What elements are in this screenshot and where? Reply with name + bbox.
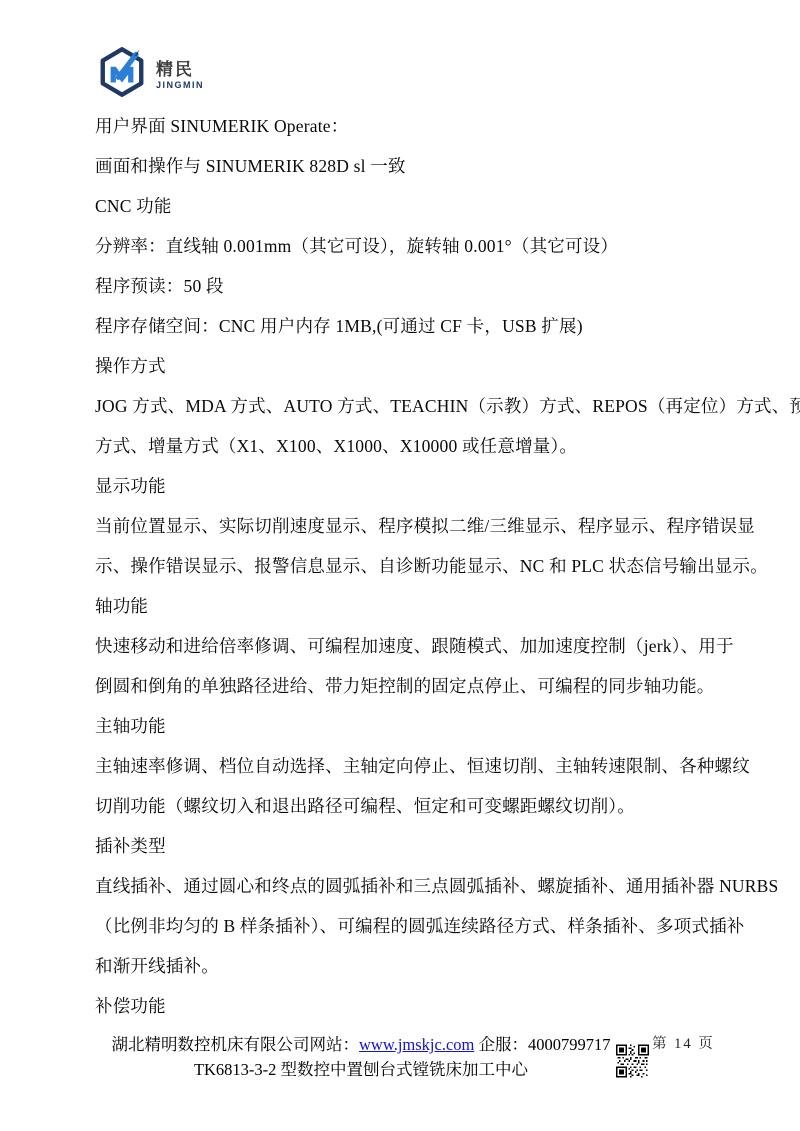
body-line: 用户界面 SINUMERIK Operate： (95, 106, 720, 146)
logo-name-en: JINGMIN (156, 81, 204, 90)
qr-code-icon (616, 1044, 649, 1078)
body-line: 画面和操作与 SINUMERIK 828D sl 一致 (95, 146, 720, 186)
body-line: 切削功能（螺纹切入和退出路径可编程、恒定和可变螺距螺纹切削）。 (95, 786, 720, 826)
body-line: 和渐开线插补。 (95, 946, 720, 986)
body-line: 当前位置显示、实际切削速度显示、程序模拟二维/三维显示、程序显示、程序错误显 (95, 506, 720, 546)
body-line: 分辨率：直线轴 0.001mm（其它可设），旋转轴 0.001°（其它可设） (95, 226, 720, 266)
company-logo: 精民 JINGMIN (94, 44, 204, 100)
body-line: 补偿功能 (95, 986, 720, 1026)
footer-service-text: 企服：4000799717 (474, 1035, 610, 1054)
body-line: 显示功能 (95, 466, 720, 506)
body-line: 操作方式 (95, 346, 720, 386)
body-line: 程序预读：50 段 (95, 266, 720, 306)
body-line: 倒圆和倒角的单独路径进给、带力矩控制的固定点停止、可编程的同步轴功能。 (95, 666, 720, 706)
body-line: 插补类型 (95, 826, 720, 866)
footer-machine-line: TK6813-3-2 型数控中置刨台式镗铣床加工中心 (95, 1057, 627, 1082)
body-line: 轴功能 (95, 586, 720, 626)
body-line: 方式、增量方式（X1、X100、X1000、X10000 或任意增量）。 (95, 426, 720, 466)
website-link[interactable]: www.jmskjc.com (359, 1035, 474, 1054)
footer-company-text: 湖北精明数控机床有限公司网站： (112, 1035, 360, 1054)
body-line: 主轴功能 (95, 706, 720, 746)
body-line: JOG 方式、MDA 方式、AUTO 方式、TEACHIN（示教）方式、REPO… (95, 386, 720, 426)
page-footer: 湖北精明数控机床有限公司网站：www.jmskjc.com 企服：4000799… (95, 1032, 627, 1082)
document-page: 精民 JINGMIN 用户界面 SINUMERIK Operate：画面和操作与… (0, 0, 800, 1131)
body-line: （比例非均匀的 B 样条插补）、可编程的圆弧连续路径方式、样条插补、多项式插补 (95, 906, 720, 946)
logo-text: 精民 JINGMIN (156, 61, 204, 90)
logo-name-cn: 精民 (156, 61, 204, 78)
body-line: 主轴速率修调、档位自动选择、主轴定向停止、恒速切削、主轴转速限制、各种螺纹 (95, 746, 720, 786)
footer-company-line: 湖北精明数控机床有限公司网站：www.jmskjc.com 企服：4000799… (95, 1032, 627, 1057)
body-line: 示、操作错误显示、报警信息显示、自诊断功能显示、NC 和 PLC 状态信号输出显… (95, 546, 720, 586)
page-number: 第 14 页 (652, 1033, 715, 1055)
body-line: 程序存储空间：CNC 用户内存 1MB,(可通过 CF 卡，USB 扩展) (95, 306, 720, 346)
document-body: 用户界面 SINUMERIK Operate：画面和操作与 SINUMERIK … (95, 106, 720, 1026)
body-line: 直线插补、通过圆心和终点的圆弧插补和三点圆弧插补、螺旋插补、通用插补器 NURB… (95, 866, 720, 906)
jingmin-hexagon-logo-icon (94, 44, 150, 100)
body-line: CNC 功能 (95, 186, 720, 226)
body-line: 快速移动和进给倍率修调、可编程加速度、跟随模式、加加速度控制（jerk）、用于 (95, 626, 720, 666)
